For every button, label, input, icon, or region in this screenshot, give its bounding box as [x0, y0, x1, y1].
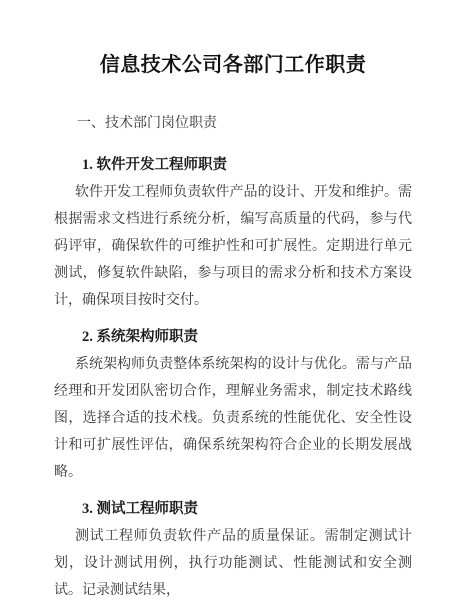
section-heading: 1. 软件开发工程师职责 — [54, 152, 412, 179]
job-section-system-architect: 2. 系统架构师职责 系统架构师负责整体系统架构的设计与优化。需与产品经理和开发… — [54, 324, 412, 486]
part-heading: 一、技术部门岗位职责 — [54, 110, 412, 137]
section-paragraph: 测试工程师负责软件产品的质量保证。需制定测试计划，设计测试用例，执行功能测试、性… — [54, 523, 412, 600]
job-section-test-engineer: 3. 测试工程师职责 测试工程师负责软件产品的质量保证。需制定测试计划，设计测试… — [54, 496, 412, 600]
section-heading: 3. 测试工程师职责 — [54, 496, 412, 523]
document-page: 信息技术公司各部门工作职责 一、技术部门岗位职责 1. 软件开发工程师职责 软件… — [0, 0, 463, 600]
job-section-software-engineer: 1. 软件开发工程师职责 软件开发工程师负责软件产品的设计、开发和维护。需根据需… — [54, 152, 412, 314]
document-title: 信息技术公司各部门工作职责 — [54, 52, 412, 78]
section-paragraph: 软件开发工程师负责软件产品的设计、开发和维护。需根据需求文档进行系统分析，编写高… — [54, 179, 412, 314]
section-paragraph: 系统架构师负责整体系统架构的设计与优化。需与产品经理和开发团队密切合作，理解业务… — [54, 351, 412, 486]
section-heading: 2. 系统架构师职责 — [54, 324, 412, 351]
